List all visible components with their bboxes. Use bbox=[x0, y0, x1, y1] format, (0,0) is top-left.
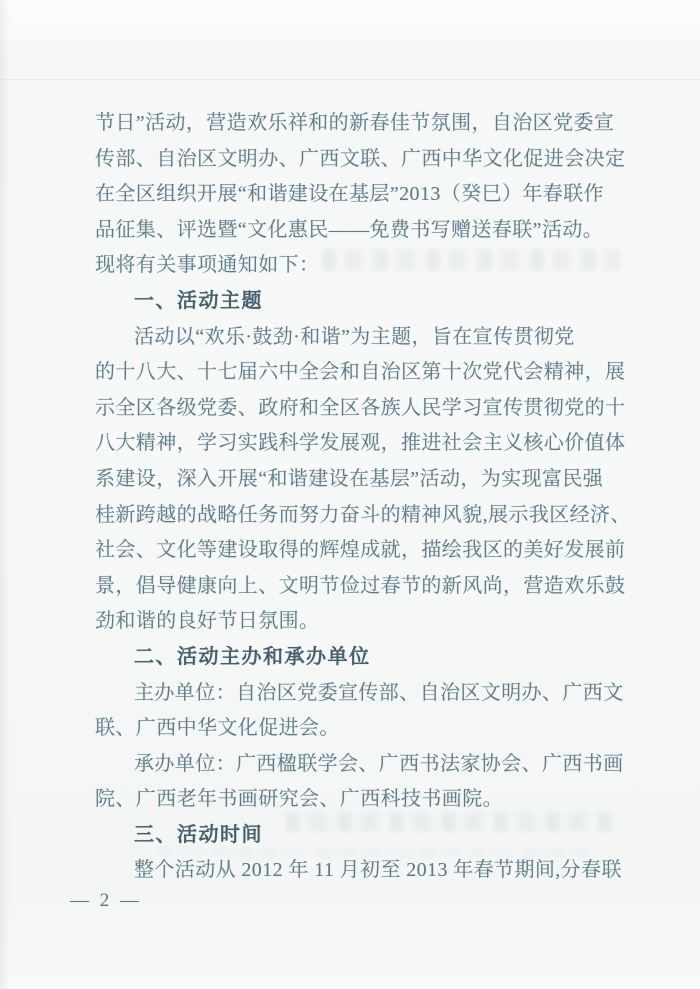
body-line: 承办单位：广西楹联学会、广西书法家协会、广西书画 bbox=[95, 747, 625, 783]
body-line: 八大精神，学习实践科学发展观，推进社会主义核心价值体 bbox=[95, 426, 625, 462]
body-line: 示全区各级党委、政府和全区各族人民学习宣传贯彻党的十 bbox=[95, 391, 625, 427]
body-line: 的十八大、十七届六中全会和自治区第十次党代会精神，展 bbox=[95, 355, 625, 391]
scan-fold-line bbox=[0, 79, 700, 80]
body-line: 现将有关事项通知如下： bbox=[95, 248, 625, 284]
body-line: 传部、自治区文明办、广西文联、广西中华文化促进会决定 bbox=[95, 142, 625, 178]
body-line: 社会、文化等建设取得的辉煌成就，描绘我区的美好发展前 bbox=[95, 533, 625, 569]
body-line: 景，倡导健康向上、文明节俭过春节的新风尚，营造欢乐鼓 bbox=[95, 569, 625, 605]
heading-organizers: 二、活动主办和承办单位 bbox=[95, 640, 625, 676]
body-line: 主办单位：自治区党委宣传部、自治区文明办、广西文 bbox=[95, 676, 625, 712]
body-line: 系建设，深入开展“和谐建设在基层”活动，为实现富民强 bbox=[95, 462, 625, 498]
body-line: 活动以“欢乐·鼓劲·和谐”为主题，旨在宣传贯彻党 bbox=[95, 320, 625, 356]
body-line: 在全区组织开展“和谐建设在基层”2013（癸巳）年春联作 bbox=[95, 177, 625, 213]
body-line: 劲和谐的良好节日氛围。 bbox=[95, 604, 625, 640]
body-line: 节日”活动，营造欢乐祥和的新春佳节氛围，自治区党委宣 bbox=[95, 106, 625, 142]
body-line: 品征集、评选暨“文化惠民——免费书写赠送春联”活动。 bbox=[95, 213, 625, 249]
scanned-document-page: 节日”活动，营造欢乐祥和的新春佳节氛围，自治区党委宣 传部、自治区文明办、广西文… bbox=[0, 0, 700, 989]
page-number: — 2 — bbox=[70, 889, 142, 913]
body-line: 整个活动从 2012 年 11 月初至 2013 年春节期间,分春联 bbox=[95, 853, 625, 889]
document-text-block: 节日”活动，营造欢乐祥和的新春佳节氛围，自治区党委宣 传部、自治区文明办、广西文… bbox=[95, 106, 625, 889]
heading-activity-theme: 一、活动主题 bbox=[95, 284, 625, 320]
heading-activity-time: 三、活动时间 bbox=[95, 818, 625, 854]
body-line: 联、广西中华文化促进会。 bbox=[95, 711, 625, 747]
body-line: 桂新跨越的战略任务而努力奋斗的精神风貌,展示我区经济、 bbox=[95, 498, 625, 534]
body-line: 院、广西老年书画研究会、广西科技书画院。 bbox=[95, 782, 625, 818]
